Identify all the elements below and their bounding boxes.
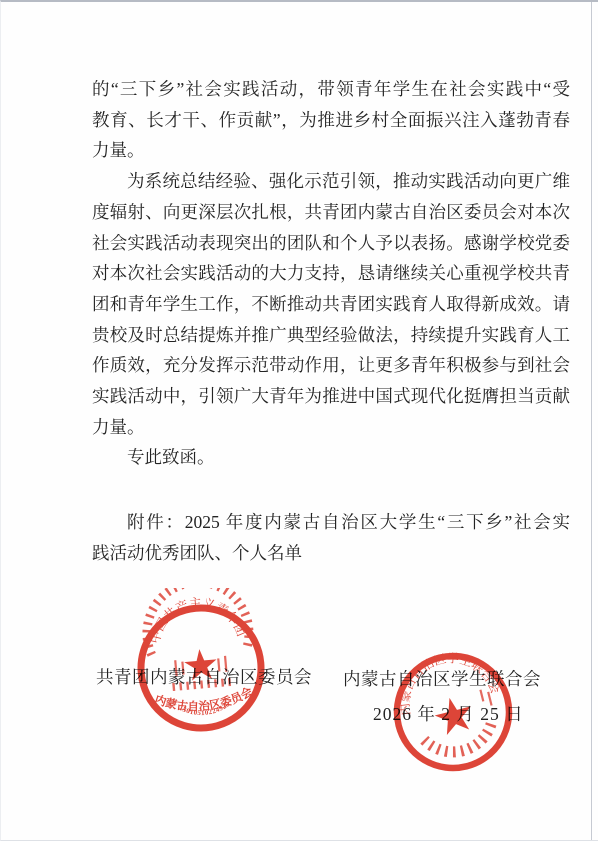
body-line: 团和青年学生工作，不断推动共青团实践育人取得新成效。请 (92, 289, 570, 320)
body-line: 教育、长才干、作贡献”，为推进乡村全面振兴注入蓬勃青春 (92, 105, 570, 136)
body-line: 为系统总结经验、强化示范引领，推动实践活动向更广维 (92, 166, 570, 197)
body-line: 的“三下乡”社会实践活动，带领青年学生在社会实践中“受 (92, 74, 570, 105)
body-line: 社会实践活动表现突出的团队和个人予以表扬。感谢学校党委 (92, 228, 570, 259)
svg-text:内蒙古自治区学生联合会: 内蒙古自治区学生联合会 (386, 640, 503, 718)
seal-arc-text: 内蒙古自治区学生联合会 (386, 640, 503, 718)
svg-text:中国共产主义青年团: 中国共产主义青年团 (144, 592, 249, 647)
mongolian-script-row (173, 682, 233, 687)
body-line: 度辐射、向更深层次扎根，共青团内蒙古自治区委员会对本次 (92, 197, 570, 228)
star-icon (431, 693, 476, 736)
letter-body: 的“三下乡”社会实践活动，带领青年学生在社会实践中“受 教育、长才干、作贡献”，… (92, 74, 570, 569)
document-page: 的“三下乡”社会实践活动，带领青年学生在社会实践中“受 教育、长才干、作贡献”，… (0, 0, 598, 841)
star-icon (183, 648, 218, 682)
attachment-line: 践活动优秀团队、个人名单 (92, 538, 570, 569)
closing-line: 专此致函。 (92, 442, 570, 473)
body-line: 实践活动中，引领广大青年为推进中国式现代化挺膺担当贡献 (92, 381, 570, 412)
page-edge-line (591, 2, 592, 840)
attachment-line: 附件：2025 年度内蒙古自治区大学生“三下乡”社会实 (92, 507, 570, 538)
body-line: 对本次社会实践活动的大力支持，恳请继续关心重视学校共青 (92, 258, 570, 289)
body-line: 力量。 (92, 412, 570, 443)
body-line: 作质效，充分发挥示范带动作用，让更多青年积极参与到社会 (92, 350, 570, 381)
official-seal-student-federation: 内蒙古自治区学生联合会 (380, 639, 526, 785)
seal-arc-text: 中国共产主义青年团 (144, 592, 249, 647)
body-line: 贵校及时总结提炼并推广典型经验做法，持续提升实践育人工 (92, 320, 570, 351)
official-seal-youth-league: 中国共产主义青年团 内蒙古自治区委员会 15010510224925 (121, 588, 281, 748)
body-line: 力量。 (92, 135, 570, 166)
